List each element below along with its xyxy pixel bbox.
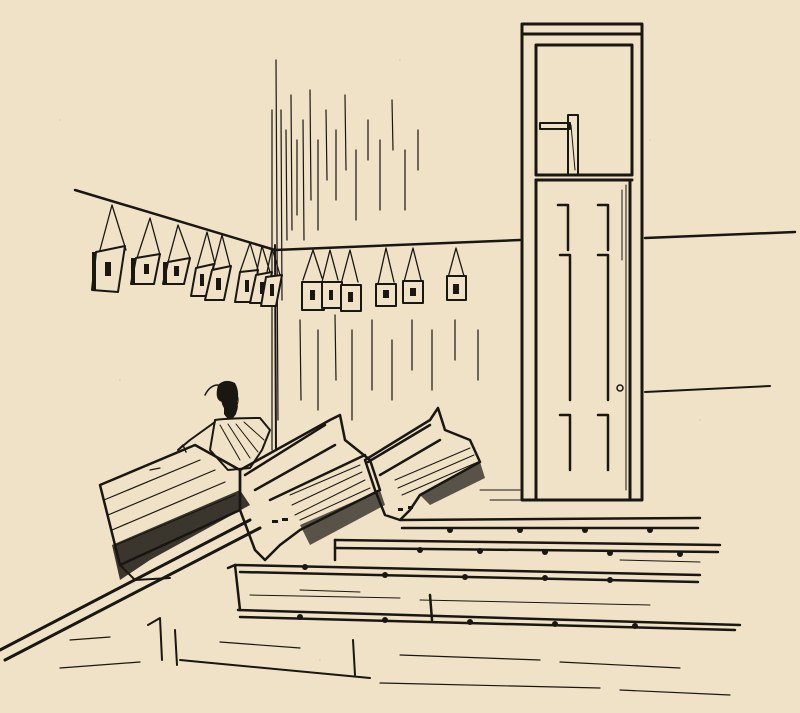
paper-background <box>0 0 800 713</box>
illustration-canvas <box>0 0 800 713</box>
illustration <box>0 0 800 713</box>
